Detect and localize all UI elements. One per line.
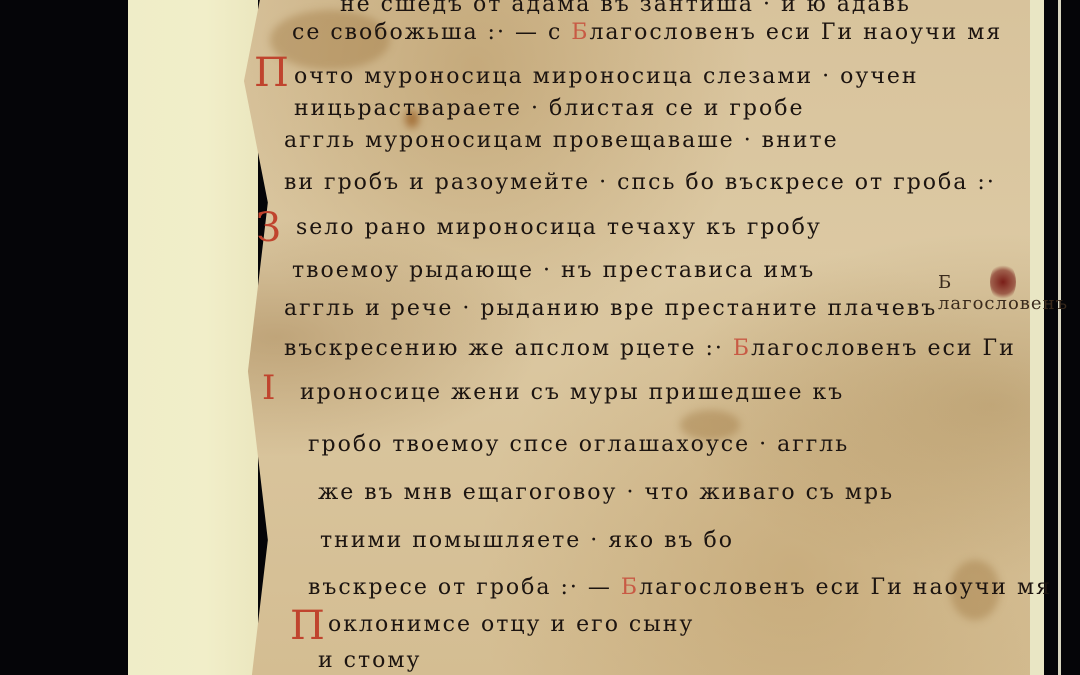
text-line: твоемоу рыдающе · нъ престависа имъ	[292, 258, 815, 283]
text-segment: лагословенъ еси Ги наоучи мя	[589, 20, 1002, 45]
text-line: ви гробъ и разоумейте · спсь бо въскресе…	[284, 170, 996, 195]
text-line: и стому	[318, 648, 421, 673]
rubric-initial-p: П	[254, 50, 289, 96]
frame-edge	[1058, 0, 1061, 675]
text-line: въскресению же апслом рцете :· Благослов…	[284, 336, 1016, 361]
rubric-letter: Б	[571, 20, 589, 45]
text-segment: лагословенъ еси Ги наоучи мя	[639, 575, 1052, 600]
text-line: очто муроносица мироносица слезами · оуч…	[294, 64, 919, 89]
text-line: тними помышляете · яко въ бо	[320, 528, 734, 553]
marginal-note: Б лагословенъ	[938, 272, 1080, 314]
text-line: же въ мнв ещагоговоу · что живаго съ мрь	[318, 480, 894, 505]
rubric-initial-i: І	[262, 368, 275, 408]
rubric-initial-z: З	[256, 205, 281, 251]
text-segment: въскресе от гроба :· —	[308, 575, 612, 600]
text-segment: лагословенъ еси Ги	[751, 336, 1016, 361]
manuscript-viewer: П З І П не сшедъ от адама въ зантиша · и…	[0, 0, 1080, 675]
rubric-letter: Б	[733, 336, 751, 361]
rubric-letter: Б	[621, 575, 639, 600]
text-line: ницьраствараете · блистая се и гробе	[294, 96, 805, 121]
text-line: оклонимсе отцу и его сыну	[328, 612, 694, 637]
text-line: не сшедъ от адама въ зантиша · и ю адавь	[340, 0, 911, 17]
text-line: се свобожьша :· — с Благословенъ еси Ги …	[292, 20, 1002, 45]
text-segment: се свобожьша :· — с	[292, 20, 562, 45]
text-line: аггль и рече · рыданию вре престаните пл…	[284, 296, 937, 321]
paper-mount-left	[128, 0, 258, 675]
text-line: ироносице жени съ муры пришедшее къ	[300, 380, 844, 405]
rubric-initial-p-2: П	[290, 603, 325, 649]
text-line: въскресе от гроба :· — Благословенъ еси …	[308, 575, 1052, 600]
text-line: аггль муроносицам провещаваше · вните	[284, 128, 839, 153]
text-line: ѕело рано мироносица течаху къ гробу	[296, 215, 822, 240]
paper-mount-right	[1030, 0, 1044, 675]
text-line: гробо твоемоу спсе оглашахоусе · аггль	[308, 432, 849, 457]
text-segment: въскресению же апслом рцете :·	[284, 336, 724, 361]
